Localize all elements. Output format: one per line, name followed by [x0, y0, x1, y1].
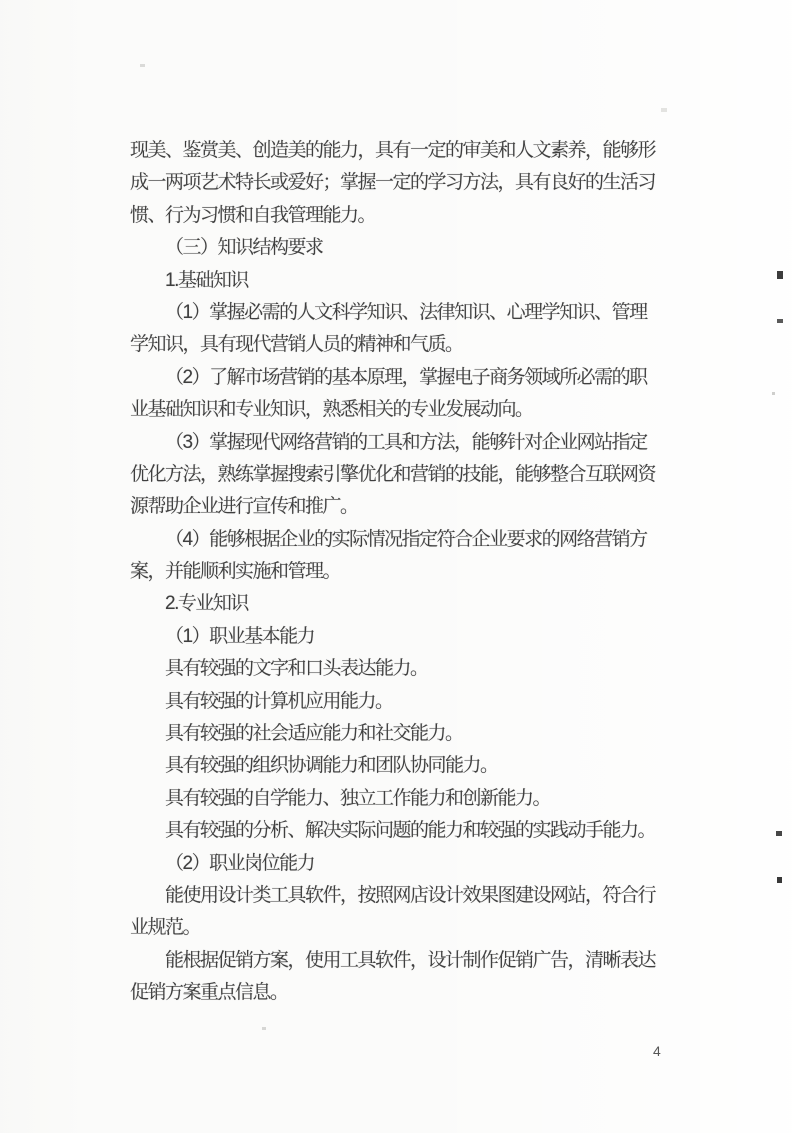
- text-line: 能根据促销方案，使用工具软件，设计制作促销广告，清晰表达: [130, 945, 672, 977]
- text-line: 现美、鉴赏美、创造美的能力，具有一定的审美和人文素养，能够形: [130, 135, 672, 167]
- text-line: （2）职业岗位能力: [130, 848, 672, 880]
- text-line: 具有较强的分析、解决实际问题的能力和较强的实践动手能力。: [130, 815, 672, 847]
- text-line: 具有较强的计算机应用能力。: [130, 686, 672, 718]
- text-line: 学知识，具有现代营销人员的精神和气质。: [130, 329, 672, 361]
- text-line: 2.专业知识: [130, 588, 672, 620]
- text-line: （三）知识结构要求: [130, 232, 672, 264]
- scan-artifact: [772, 392, 775, 395]
- scan-artifact: [777, 877, 782, 883]
- text-line: 促销方案重点信息。: [130, 977, 672, 1009]
- scan-artifact: [140, 64, 145, 67]
- scan-artifact: [777, 271, 783, 279]
- text-line: （1）掌握必需的人文科学知识、法律知识、心理学知识、管理: [130, 297, 672, 329]
- text-line: 惯、行为习惯和自我管理能力。: [130, 200, 672, 232]
- scan-artifact: [262, 1027, 266, 1030]
- document-body-text: 现美、鉴赏美、创造美的能力，具有一定的审美和人文素养，能够形成一两项艺术特长或爱…: [130, 135, 672, 1010]
- text-line: 1.基础知识: [130, 265, 672, 297]
- text-line: 具有较强的社会适应能力和社交能力。: [130, 718, 672, 750]
- scan-artifact: [661, 108, 667, 112]
- text-line: （1）职业基本能力: [130, 621, 672, 653]
- scan-artifact: [777, 319, 783, 323]
- text-line: 案，并能顺利实施和管理。: [130, 556, 672, 588]
- text-line: （4）能够根据企业的实际情况指定符合企业要求的网络营销方: [130, 524, 672, 556]
- text-line: （2）了解市场营销的基本原理，掌握电子商务领域所必需的职: [130, 362, 672, 394]
- text-line: 具有较强的组织协调能力和团队协同能力。: [130, 750, 672, 782]
- text-line: 业规范。: [130, 912, 672, 944]
- text-line: 具有较强的文字和口头表达能力。: [130, 653, 672, 685]
- text-line: 业基础知识和专业知识，熟悉相关的专业发展动向。: [130, 394, 672, 426]
- text-line: 优化方法，熟练掌握搜索引擎优化和营销的技能，能够整合互联网资: [130, 459, 672, 491]
- text-line: 具有较强的自学能力、独立工作能力和创新能力。: [130, 783, 672, 815]
- text-line: 能使用设计类工具软件，按照网店设计效果图建设网站，符合行: [130, 880, 672, 912]
- text-line: （3）掌握现代网络营销的工具和方法，能够针对企业网站指定: [130, 427, 672, 459]
- text-line: 源帮助企业进行宣传和推广。: [130, 491, 672, 523]
- page-number: 4: [653, 1043, 661, 1059]
- text-line: 成一两项艺术特长或爱好；掌握一定的学习方法，具有良好的生活习: [130, 167, 672, 199]
- scan-artifact: [776, 831, 782, 836]
